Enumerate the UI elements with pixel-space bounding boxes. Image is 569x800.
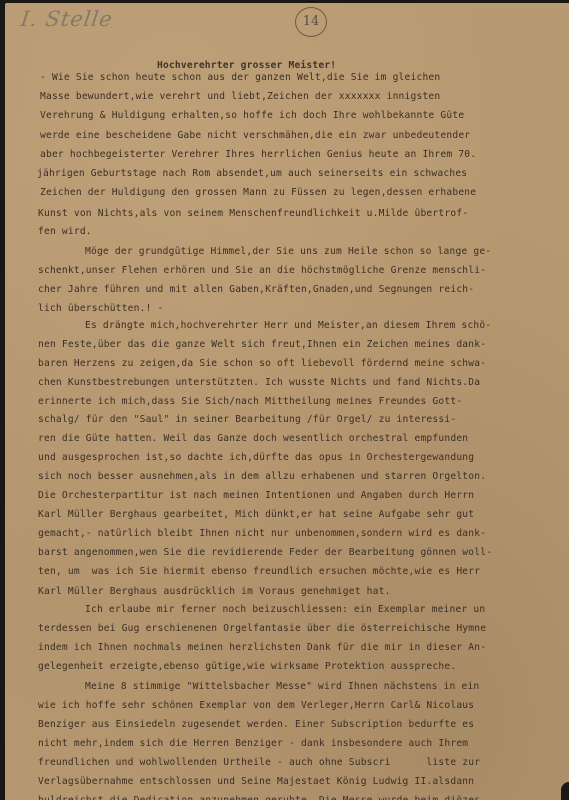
typed-line: werde eine bescheidene Gabe nicht versch… [40, 130, 470, 141]
typed-line: nen Feste,über das die ganze Welt sich f… [38, 339, 486, 350]
typed-line: Meine 8 stimmige "Wittelsbacher Messe" w… [85, 681, 479, 692]
typed-line: Zeichen der Huldigung den grossen Mann z… [40, 187, 476, 198]
typed-line: barst angenommen,wen Sie die revidierend… [38, 547, 492, 558]
typed-line: Kunst von Nichts,als von seinem Menschen… [38, 208, 468, 219]
typed-line: Es drängte mich,hochverehrter Herr und M… [85, 320, 491, 331]
typed-line: lich überschütten.! - [38, 303, 164, 314]
typed-line: gemacht,- natürlich bleibt Ihnen nicht n… [38, 528, 486, 539]
page-corner-shadow [561, 782, 569, 800]
page-number-circled: 14 [295, 7, 327, 37]
typed-line: Benziger aus Einsiedeln zugesendet werde… [38, 719, 474, 730]
typed-line: Masse bewundert,wie verehrt und liebt,Ze… [40, 91, 440, 102]
typed-line: baren Herzens zu zeigen,da Sie schon so … [38, 358, 486, 369]
typed-line: und ausgesprochen ist,so dachte ich,dürf… [38, 452, 474, 463]
typed-line: wie ich hoffe sehr schönen Exemplar von … [38, 700, 474, 711]
typed-line: Karl Müller Berghaus ausdrücklich im Vor… [38, 586, 391, 597]
typed-line: ren die Güte hatten. Weil das Ganze doch… [38, 433, 468, 444]
typed-line: gelegenheit erzeigte,ebenso gütige,wie w… [38, 661, 456, 672]
typed-line: schalg/ für den "Saul" in seiner Bearbei… [38, 414, 456, 425]
typed-line: chen Kunstbestrebungen unterstützten. Ic… [38, 377, 480, 388]
typed-line: fen wird. [38, 226, 92, 237]
typed-line: - Wie Sie schon heute schon aus der ganz… [40, 72, 440, 83]
typed-line: Karl Müller Berghaus gearbeitet, Mich dü… [38, 509, 474, 520]
typed-line: jährigen Geburtstage nach Rom absendet,u… [37, 168, 467, 179]
typed-line: Verlagsübernahme entschlossen und Seine … [38, 776, 474, 787]
typed-line: Verehrung & Huldigung erhalten,so hoffe … [40, 110, 464, 121]
typed-line: nicht mehr,indem sich die Herren Benzige… [38, 738, 468, 749]
letter-page: I. Stelle 14 Hochverehrter grosser Meist… [5, 3, 569, 800]
typed-line: freundlichen und wohlwollenden Urtheile … [38, 757, 480, 768]
typed-line: Ich erlaube mir ferner noch beizuschlies… [85, 604, 485, 615]
typed-line: ten, um was ich Sie hiermit ebenso freun… [38, 566, 480, 577]
salutation: Hochverehrter grosser Meister! [157, 60, 336, 71]
typed-line: terdessen bei Gug erschienenen Orgelfant… [38, 623, 486, 634]
typed-line: aber hochbegeisterter Verehrer Ihres her… [40, 149, 476, 160]
typed-line: schenkt,unser Flehen erhören und Sie an … [38, 265, 486, 276]
typed-line: sich noch besser ausnehmen,als in dem al… [38, 471, 486, 482]
typed-line: indem ich Ihnen nochmals meinen herzlich… [38, 642, 486, 653]
typed-line: Möge der grundgütige Himmel,der Sie uns … [85, 246, 491, 257]
pencil-annotation: I. Stelle [19, 7, 114, 31]
typed-line: huldreichst die Dedication anzunehmen ge… [38, 795, 480, 800]
typed-line: cher Jahre führen und mit allen Gaben,Kr… [38, 284, 474, 295]
typed-line: Die Orchesterpartitur ist nach meinen In… [38, 490, 474, 501]
typed-line: erinnerte ich mich,dass Sie Sich/nach Mi… [38, 396, 462, 407]
